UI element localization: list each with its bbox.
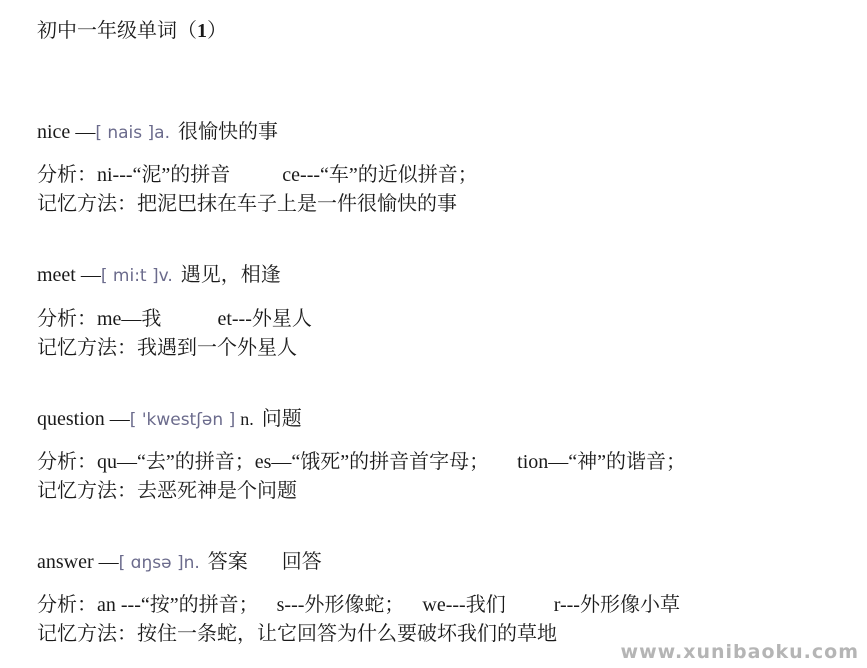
analysis-line: 分析：an ---“按”的拼音；s---外形像蛇；we---我们r---外形像小… [37, 593, 680, 617]
memory-label: 记忆方法： [37, 480, 137, 502]
word: question [37, 408, 105, 430]
dash: — [94, 551, 119, 573]
analysis-label: 分析： [37, 451, 97, 473]
meaning: 很愉快的事 [178, 121, 278, 143]
memory-text: 我遇到一个外星人 [137, 337, 297, 359]
phonetic: [ 'kwestʃən ] [130, 410, 235, 430]
memory-text: 把泥巴抹在车子上是一件很愉快的事 [137, 193, 457, 215]
analysis-line: 分析：ni---“泥”的拼音ce---“车”的近似拼音； [37, 163, 478, 187]
memory-line: 记忆方法：把泥巴抹在车子上是一件很愉快的事 [37, 192, 457, 216]
analysis-line: 分析：me—我et---外星人 [37, 307, 312, 331]
watermark: www.xunibaoku.com [621, 641, 859, 663]
part-of-speech: a. [154, 123, 170, 143]
memory-label: 记忆方法： [37, 337, 137, 359]
meaning-alt: 回答 [282, 551, 322, 573]
word: answer [37, 551, 94, 573]
meaning: 遇见，相逢 [181, 264, 281, 286]
dash: — [105, 408, 130, 430]
phonetic: [ nais ] [95, 123, 154, 143]
entry-heading-answer: answer —[ ɑŋsə ]n.答案回答 [37, 550, 322, 575]
analysis-part: ce---“车”的近似拼音； [282, 164, 478, 186]
analysis-part: qu—“去”的拼音；es—“饿死”的拼音首字母； [97, 451, 489, 473]
part-of-speech: v. [159, 266, 173, 286]
entry-heading-question: question —[ 'kwestʃən ] n.问题 [37, 407, 302, 432]
analysis-part: me—我 [97, 308, 161, 330]
word: nice [37, 121, 70, 143]
part-of-speech: n. [240, 409, 254, 429]
analysis-part: tion—“神”的谐音； [517, 451, 686, 473]
analysis-label: 分析： [37, 308, 97, 330]
title-number: 1 [197, 20, 207, 42]
word: meet [37, 264, 76, 286]
analysis-part: we---我们 [422, 594, 505, 616]
memory-text: 按住一条蛇，让它回答为什么要破坏我们的草地 [137, 623, 557, 645]
phonetic: [ mi:t ] [101, 266, 159, 286]
memory-label: 记忆方法： [37, 193, 137, 215]
dash: — [70, 121, 95, 143]
analysis-label: 分析： [37, 164, 97, 186]
memory-line: 记忆方法：去恶死神是个问题 [37, 479, 297, 503]
memory-text: 去恶死神是个问题 [137, 480, 297, 502]
analysis-part: r---外形像小草 [554, 594, 680, 616]
analysis-part: et---外星人 [217, 308, 311, 330]
meaning: 问题 [262, 408, 302, 430]
entry-heading-meet: meet —[ mi:t ]v.遇见，相逢 [37, 263, 281, 288]
meaning: 答案 [208, 551, 248, 573]
memory-label: 记忆方法： [37, 623, 137, 645]
analysis-part: ni---“泥”的拼音 [97, 164, 230, 186]
analysis-part: s---外形像蛇； [277, 594, 405, 616]
analysis-part: an ---“按”的拼音； [97, 594, 259, 616]
phonetic: [ ɑŋsə ] [119, 553, 184, 573]
dash: — [76, 264, 101, 286]
page-title: 初中一年级单词（1） [37, 19, 227, 43]
memory-line: 记忆方法：我遇到一个外星人 [37, 336, 297, 360]
part-of-speech: n. [184, 553, 200, 573]
analysis-label: 分析： [37, 594, 97, 616]
analysis-line: 分析：qu—“去”的拼音；es—“饿死”的拼音首字母；tion—“神”的谐音； [37, 450, 686, 474]
title-close: ） [207, 20, 227, 42]
title-text: 初中一年级单词（ [37, 20, 197, 42]
memory-line: 记忆方法：按住一条蛇，让它回答为什么要破坏我们的草地 [37, 622, 557, 646]
entry-heading-nice: nice —[ nais ]a.很愉快的事 [37, 120, 278, 145]
